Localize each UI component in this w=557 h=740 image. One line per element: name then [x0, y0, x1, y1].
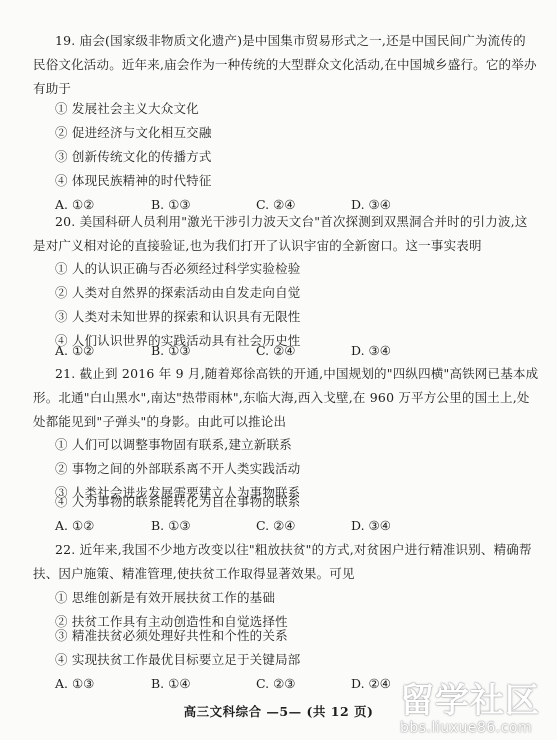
choice-c: C. ②③: [256, 676, 295, 692]
option-item: ① 人的认识正确与否必须经过科学实验检验: [55, 261, 300, 277]
question-stem-line: 是对广义相对论的直接验证,也为我们打开了认识宇宙的全新窗口。这一事实表明: [33, 238, 482, 254]
choice-d: D. ③④: [351, 197, 391, 213]
question-stem-line: 民俗文化活动。近年来,庙会作为一种传统的大型群众文化活动,在中国城乡盛行。它的举…: [33, 57, 537, 73]
choice-c: C. ②④: [256, 197, 295, 213]
watermark-url: bbs.liuxue86.com: [400, 720, 557, 736]
option-item: ① 发展社会主义大众文化: [55, 101, 199, 117]
watermark: 留学社区 bbs.liuxue86.com: [400, 682, 557, 740]
option-item: ③ 创新传统文化的传播方式: [55, 149, 212, 165]
question-stem-line: 22. 近年来,我国不少地方改变以往"粗放扶贫"的方式,对贫困户进行精准识别、精…: [55, 542, 532, 558]
question-stem-line: 形。北通"白山黑水",南达"热带雨林",东临大海,西入戈壁,在 960 万平方公…: [33, 390, 530, 406]
question-stem-line: 处都能见到"子弹头"的身影。由此可以推论出: [33, 414, 286, 430]
choice-c: C. ②④: [256, 343, 295, 359]
option-item: ④ 人为事物的联系能转化为自在事物的联系: [55, 494, 300, 510]
choice-b: B. ①③: [151, 343, 191, 359]
option-item: ① 思维创新是有效开展扶贫工作的基础: [55, 590, 275, 606]
exam-page: 19. 庙会(国家级非物质文化遗产)是中国集市贸易形式之一,还是中国民间广为流传…: [0, 0, 557, 740]
choice-a: A. ①②: [55, 343, 94, 359]
choice-a: A. ①②: [55, 518, 94, 534]
option-item: ④ 实现扶贫工作最优目标要立足于关键局部: [55, 652, 300, 668]
choice-c: C. ②④: [256, 518, 295, 534]
choice-a: A. ①②: [55, 197, 94, 213]
question-stem-line: 有助于: [33, 81, 71, 97]
option-item: ④ 体现民族精神的时代特征: [55, 173, 212, 189]
option-item: ② 促进经济与文化相互交融: [55, 125, 212, 141]
choice-a: A. ①③: [55, 676, 94, 692]
question-stem-line: 21. 截止到 2016 年 9 月,随着郑徐高铁的开通,中国规划的"四纵四横"…: [55, 366, 538, 382]
option-item: ③ 精准扶贫必须处理好共性和个性的关系: [55, 628, 288, 644]
option-item: ③ 人类对未知世界的探索和认识具有无限性: [55, 309, 300, 325]
choice-d: D. ③④: [351, 343, 391, 359]
option-item: ① 人们可以调整事物固有联系,建立新联系: [55, 437, 292, 453]
watermark-title: 留学社区: [400, 682, 557, 720]
choice-b: B. ①④: [151, 676, 191, 692]
question-stem-line: 20. 美国科研人员利用"激光干涉引力波天文台"首次探测到双黑洞合并时的引力波,…: [55, 214, 528, 230]
choice-d: D. ②④: [351, 676, 391, 692]
question-stem-line: 扶、因户施策、精准管理,使扶贫工作取得显著效果。可见: [33, 566, 355, 582]
option-item: ② 事物之间的外部联系离不开人类实践活动: [55, 461, 300, 477]
choice-d: D. ③④: [351, 518, 391, 534]
choice-b: B. ①③: [151, 518, 191, 534]
choice-b: B. ①③: [151, 197, 191, 213]
option-item: ② 人类对自然界的探索活动由自发走向自觉: [55, 285, 300, 301]
question-stem-line: 19. 庙会(国家级非物质文化遗产)是中国集市贸易形式之一,还是中国民间广为流传…: [55, 33, 526, 49]
